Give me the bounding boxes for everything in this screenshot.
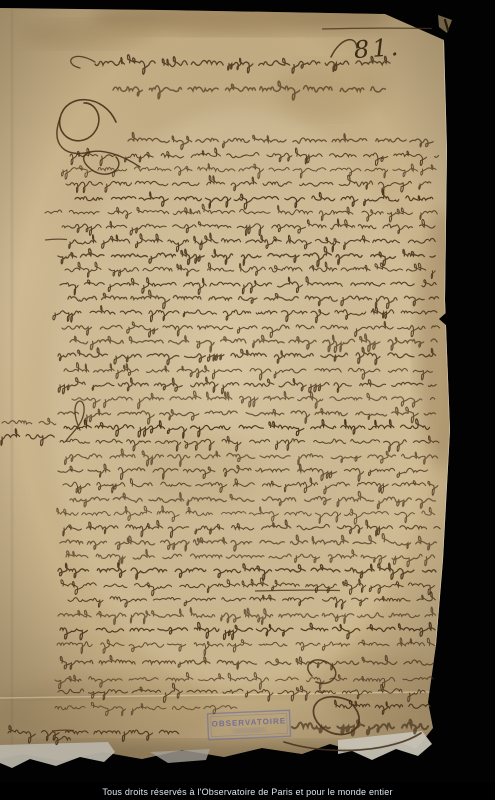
scan-viewer: OBSERVATOIRE 81. Tous droits réservés à … [0, 0, 495, 800]
copyright-bar: Tous droits réservés à l'Observatoire de… [0, 783, 495, 800]
manuscript-scan: OBSERVATOIRE 81. [0, 0, 495, 800]
copyright-text: Tous droits réservés à l'Observatoire de… [102, 787, 392, 797]
folio-number: 81. [353, 33, 402, 64]
